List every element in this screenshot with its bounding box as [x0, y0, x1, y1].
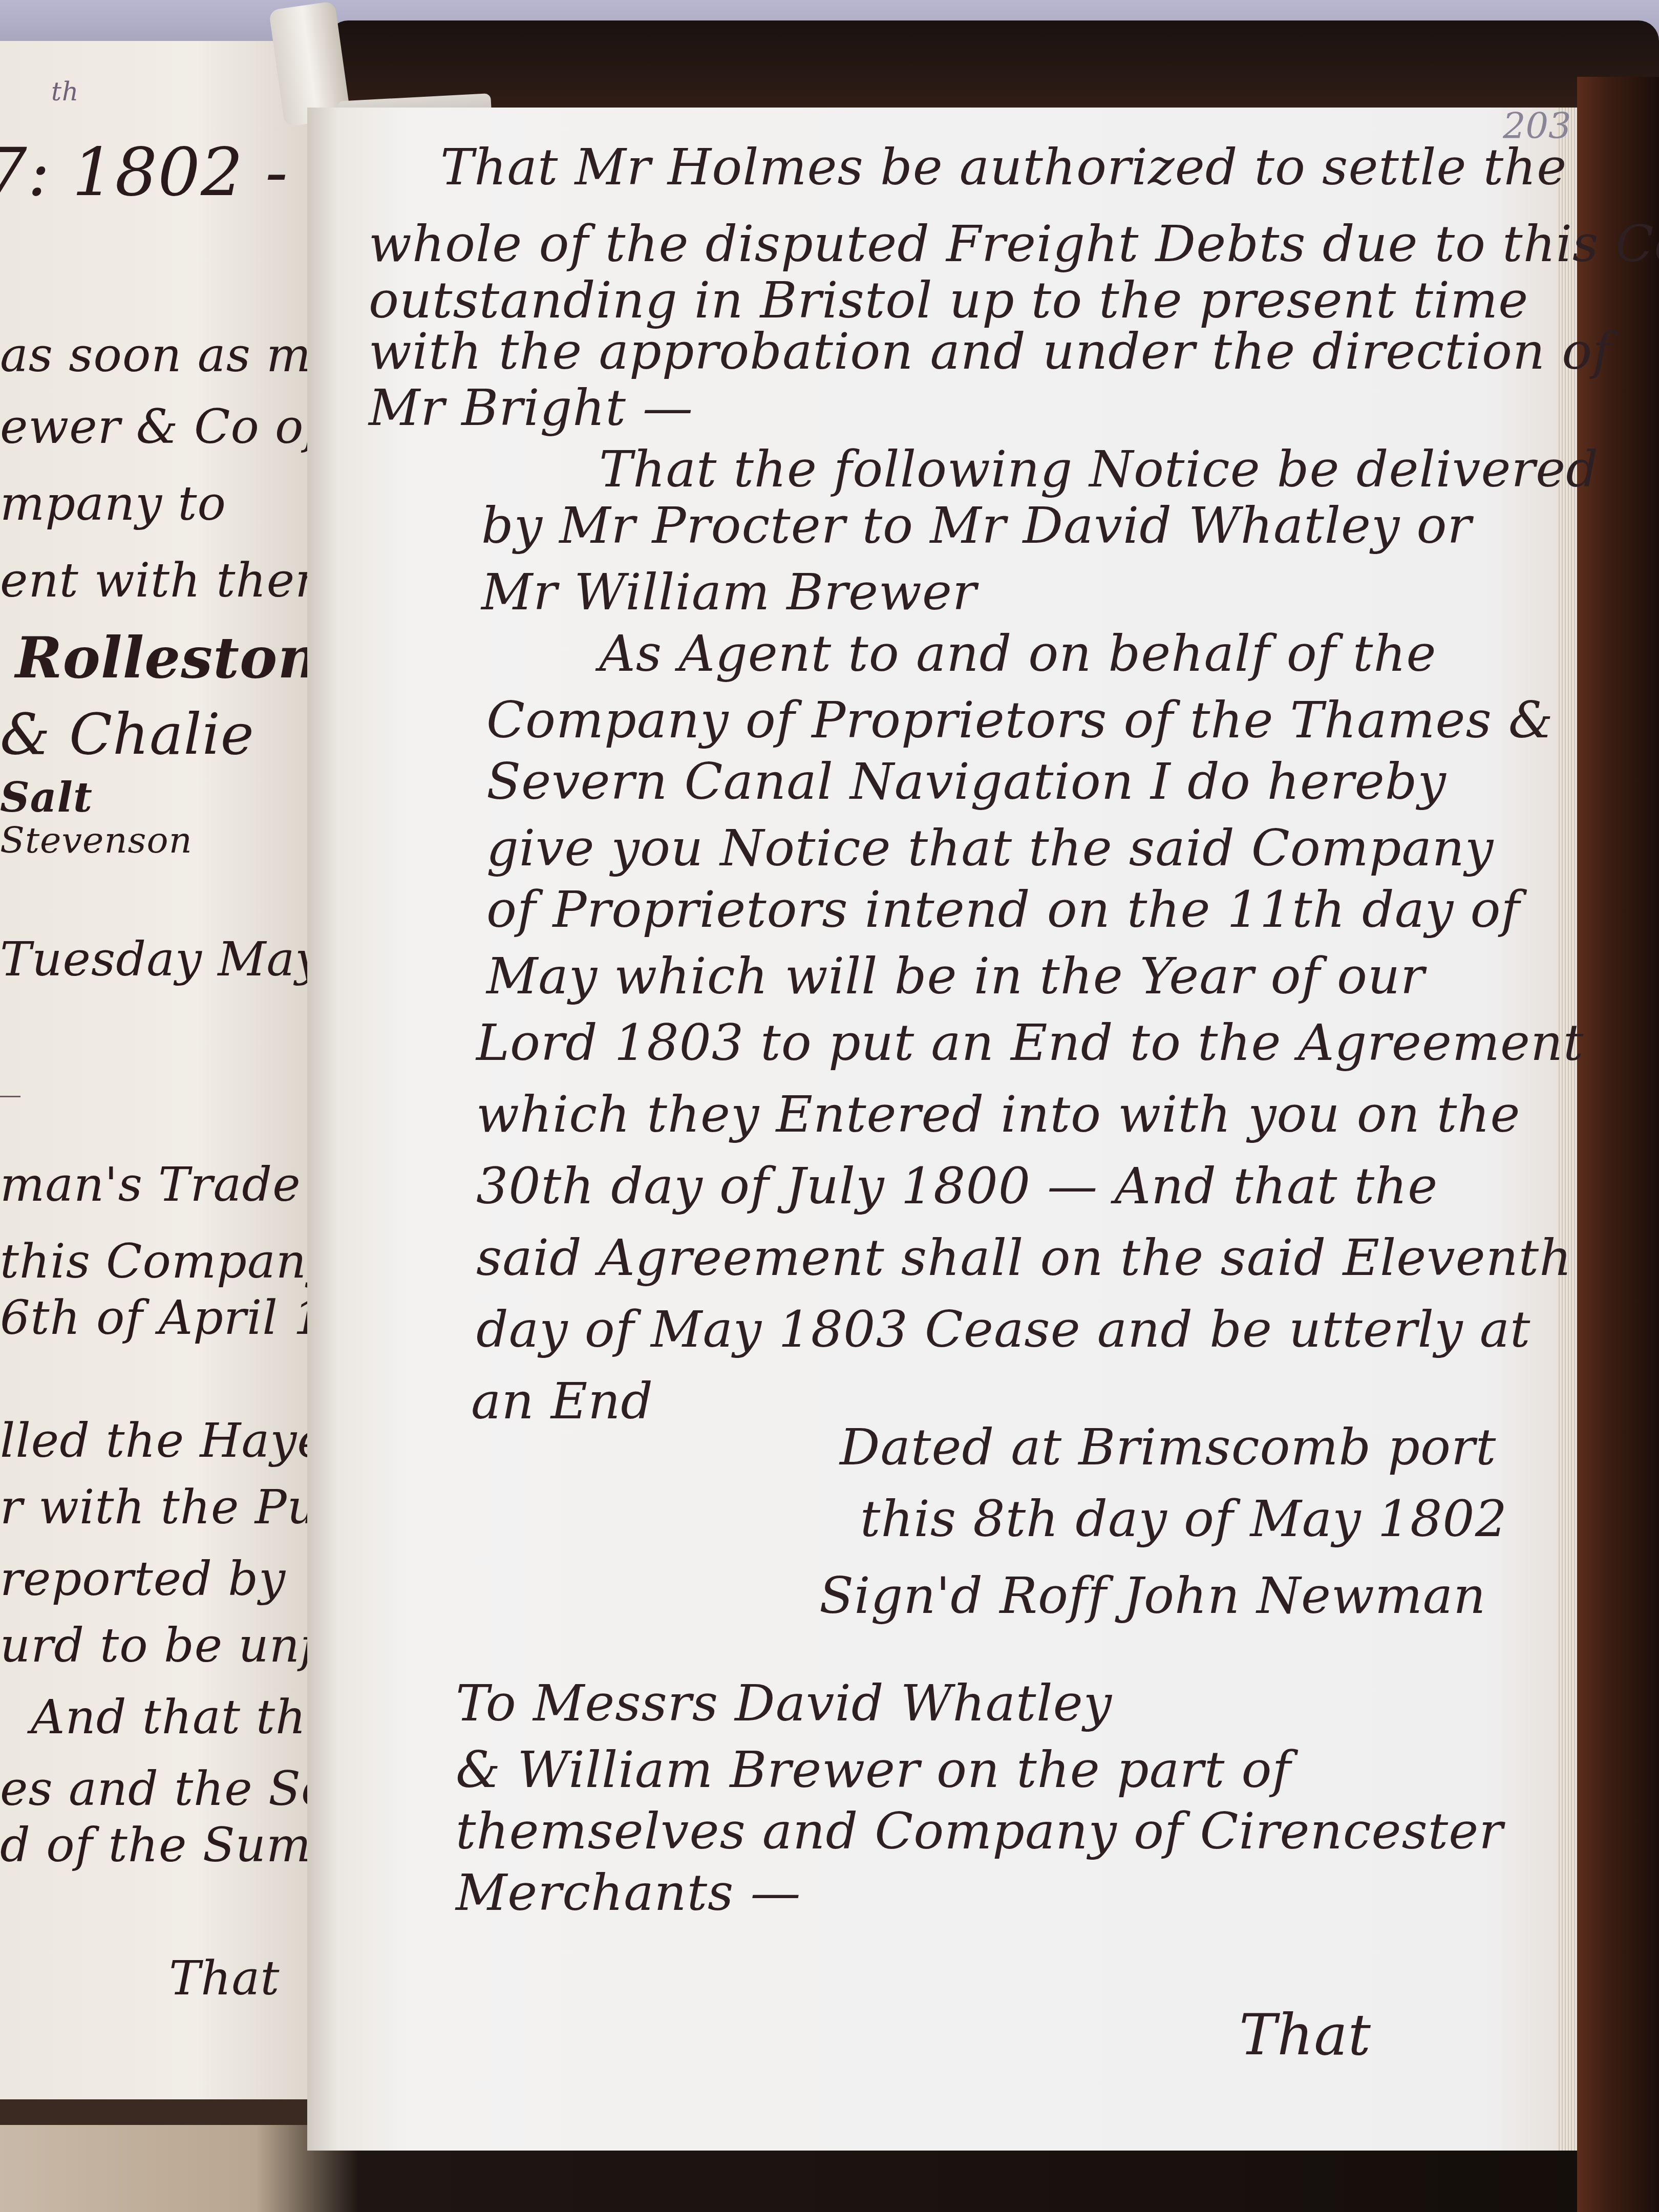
signature: Sign'd Roff John Newman: [819, 1567, 1486, 1625]
text-line: give you Notice that the said Company: [486, 819, 1494, 878]
dated-date: this 8th day of May 1802: [860, 1490, 1507, 1548]
left-line: 6th of April 1801: [0, 1290, 328, 1345]
text-line: outstanding in Bristol up to the present…: [369, 271, 1528, 330]
text-line: whole of the disputed Freight Debts due …: [369, 215, 1659, 273]
address-line: Merchants —: [456, 1864, 801, 1922]
catchword: That: [1239, 2002, 1371, 2068]
text-line: by Mr Procter to Mr David Whatley or: [481, 497, 1472, 555]
text-line: Mr William Brewer: [481, 563, 977, 622]
corner-note: th: [51, 77, 79, 107]
text-line: As Agent to and on behalf of the: [599, 625, 1437, 683]
dated-place: Dated at Brimscomb port: [840, 1418, 1496, 1477]
left-line: Stevenson: [0, 819, 193, 861]
heading-prefix: 7:: [0, 133, 51, 211]
book-cover-right: [1577, 77, 1659, 2212]
left-line: lled the Hayes: [0, 1413, 328, 1468]
left-heading: 7: 1802 -: [0, 133, 288, 211]
left-line: & Chalie: [0, 701, 254, 767]
catchword: That: [169, 1951, 280, 2006]
text-line: said Agreement shall on the said Elevent…: [476, 1229, 1572, 1287]
address-line: themselves and Company of Cirencester: [456, 1802, 1503, 1861]
text-line: That the following Notice be delivered: [599, 440, 1599, 499]
text-line: May which will be in the Year of our: [486, 947, 1425, 1006]
left-line: ent with them: [0, 553, 328, 608]
text-line: which they Entered into with you on the: [476, 1086, 1521, 1144]
left-line: man's Trade Cash: [0, 1157, 328, 1212]
left-line: Salt: [0, 773, 93, 821]
left-line: d of the Summer: [0, 1818, 328, 1873]
left-line: Rolleston: [15, 625, 319, 691]
text-line: an End: [471, 1372, 653, 1431]
left-line: urd to be unfit: [0, 1618, 328, 1673]
left-line: as soon as may be: [0, 328, 328, 382]
text-line: Severn Canal Navigation I do hereby: [486, 753, 1447, 811]
address-line: & William Brewer on the part of: [456, 1741, 1291, 1799]
text-line: with the approbation and under the direc…: [369, 323, 1612, 381]
text-line: of Proprietors intend on the 11th day of: [486, 881, 1520, 939]
text-line: That Mr Holmes be authorized to settle t…: [440, 138, 1567, 197]
left-line: And that the: [31, 1690, 328, 1745]
text-line: Lord 1803 to put an End to the Agreement: [476, 1014, 1584, 1072]
left-line: mpany to: [0, 476, 226, 531]
left-line: es and the Severn: [0, 1761, 328, 1816]
text-line: day of May 1803 Cease and be utterly at: [476, 1301, 1530, 1359]
left-line: reported by: [0, 1551, 286, 1606]
left-line: this Company: [0, 1234, 328, 1289]
text-line: Company of Proprietors of the Thames &: [486, 691, 1554, 750]
text-line: 30th day of July 1800 — And that the: [476, 1157, 1438, 1216]
text-line: Mr Bright —: [369, 379, 693, 437]
left-line: Tuesday May 4th: [0, 932, 328, 987]
left-line: r with the Punt: [0, 1480, 328, 1535]
page-edges: [1557, 108, 1577, 2151]
left-page: th 7: 1802 - as soon as may be ewer & Co…: [0, 41, 328, 2099]
left-line: ewer & Co of the: [0, 399, 328, 454]
divider: [0, 1096, 20, 1097]
address-line: To Messrs David Whatley: [456, 1674, 1112, 1733]
heading-year: 1802 -: [72, 133, 288, 211]
